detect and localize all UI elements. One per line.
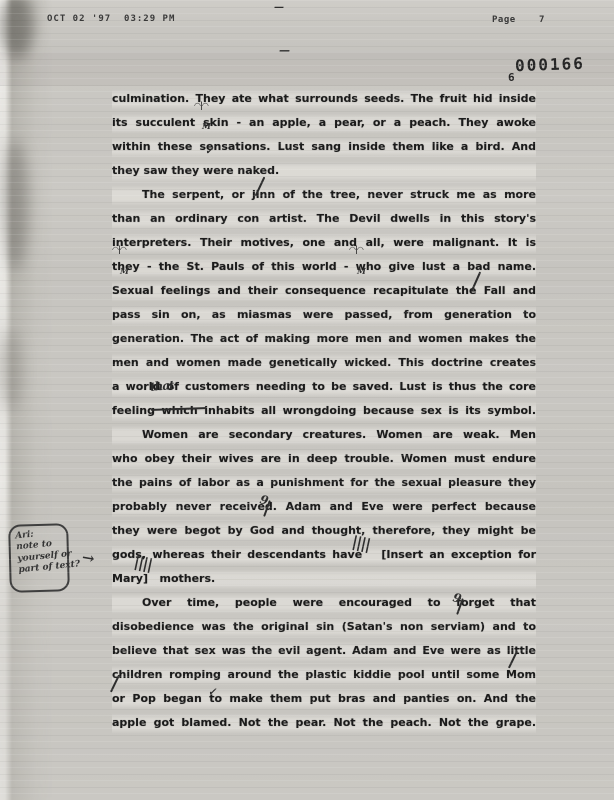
margin-note-text: Ari:note toyourself orpart of text? xyxy=(15,527,68,576)
fax-page-label: Page xyxy=(492,15,516,25)
scanned-fax-page: OCT 02 '97 03:29 PM Page 7 000166 6 culm… xyxy=(0,0,614,800)
typed-line: interpreters. Their motives, one and all… xyxy=(112,231,536,255)
typed-line: they - the St. Pauls of this world - who… xyxy=(112,255,536,279)
margin-arrow: → xyxy=(81,550,95,567)
typed-line: they were begot by God and thought, ther… xyxy=(112,519,536,543)
fax-timestamp: OCT 02 '97 03:29 PM xyxy=(47,14,175,24)
bates-stamp-sub-number: 6 xyxy=(508,71,515,84)
typed-line: the pains of labor as a punishment for t… xyxy=(112,471,536,495)
typed-line: generation. The act of making more men a… xyxy=(112,327,536,351)
typed-line: or Pop began to make them put bras and p… xyxy=(112,687,536,711)
typed-line: Over time, people were encouraged to for… xyxy=(112,591,536,615)
typed-line: gods, whereas their descendants have [In… xyxy=(112,543,536,567)
typed-line: Sexual feelings and their consequence re… xyxy=(112,279,536,303)
margin-note-box: Ari:note toyourself orpart of text? xyxy=(8,523,70,593)
typed-line: disobedience was the original sin (Satan… xyxy=(112,615,536,639)
bates-stamp-number: 000166 xyxy=(515,54,585,75)
typed-line: they saw they were naked. xyxy=(112,159,536,183)
typed-line: its succulent skin - an apple, a pear, o… xyxy=(112,111,536,135)
typed-line: than an ordinary con artist. The Devil d… xyxy=(112,207,536,231)
typed-line: believe that sex was the evil agent. Ada… xyxy=(112,639,536,663)
fax-page-number: 7 xyxy=(539,15,544,25)
typed-line: feeling which inhabits all wrongdoing be… xyxy=(112,399,536,423)
typed-line: within these sensations. Lust sang insid… xyxy=(112,135,536,159)
typed-text-body: culmination. They ate what surrounds see… xyxy=(112,87,536,735)
typed-line: Women are secondary creatures. Women are… xyxy=(112,423,536,447)
typed-line: apple got blamed. Not the pear. Not the … xyxy=(112,711,536,735)
typed-line: children romping around the plastic kidd… xyxy=(112,663,536,687)
typed-line: probably never received. Adam and Eve we… xyxy=(112,495,536,519)
typed-line: who obey their wives are in deep trouble… xyxy=(112,447,536,471)
typed-line: a world of customers needing to be saved… xyxy=(112,375,536,399)
typed-line: The serpent, or jinn of the tree, never … xyxy=(112,183,536,207)
scan-edge-blotch xyxy=(2,140,28,270)
typed-line: men and women made genetically wicked. T… xyxy=(112,351,536,375)
stray-dash-top: — xyxy=(274,3,283,13)
scan-edge-blotch xyxy=(0,330,22,410)
typed-line: Mary] mothers. xyxy=(112,567,536,591)
typed-line: pass sin on, as miasmas were passed, fro… xyxy=(112,303,536,327)
typed-line: culmination. They ate what surrounds see… xyxy=(112,87,536,111)
